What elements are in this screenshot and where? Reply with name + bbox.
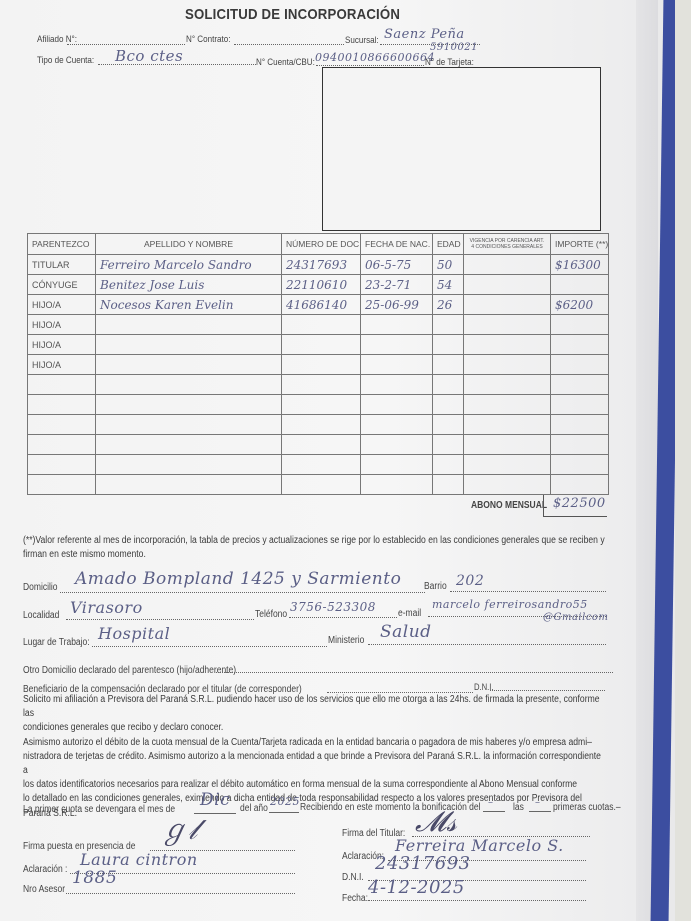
cell-importe[interactable]	[551, 475, 609, 495]
fecha-value: 4-12-2025	[368, 877, 465, 898]
contrato-label: N° Contrato:	[186, 34, 231, 45]
contrato-field[interactable]	[234, 44, 344, 45]
cell-parentezco: HIJO/A	[28, 335, 96, 355]
dni-label: D.N.I.	[342, 872, 364, 883]
cell-vigencia[interactable]	[464, 315, 551, 335]
cuota-anio-field[interactable]	[269, 812, 299, 813]
cell-nombre[interactable]	[96, 475, 282, 495]
cell-parentezco	[28, 395, 96, 415]
cell-parentezco	[28, 455, 96, 475]
cell-edad[interactable]	[433, 375, 464, 395]
cell-nac[interactable]: 23-2-71	[361, 275, 433, 295]
cell-doc[interactable]	[282, 435, 361, 455]
cell-nombre[interactable]: Nocesos Karen Evelin	[96, 295, 282, 315]
cuota-anio-value: 2025	[270, 795, 300, 808]
cell-nac[interactable]	[361, 395, 433, 415]
cell-nombre[interactable]	[96, 435, 282, 455]
cell-importe[interactable]	[551, 435, 609, 455]
cell-doc[interactable]	[282, 315, 361, 335]
telefono-value: 3756-523308	[290, 600, 376, 614]
asesor-field[interactable]	[66, 893, 295, 894]
cell-vigencia[interactable]	[464, 255, 551, 275]
col-nombre: APELLIDO Y NOMBRE	[96, 234, 282, 255]
table-row	[28, 475, 609, 495]
cell-doc[interactable]	[282, 335, 361, 355]
domicilio-label: Domicilio	[23, 582, 57, 593]
cuota-text-5: primeras cuotas.–	[553, 802, 621, 813]
cell-vigencia[interactable]	[464, 455, 551, 475]
cuenta-label: N° Cuenta/CBU:	[256, 57, 315, 68]
aclaracion-left-label: Aclaración :	[23, 864, 67, 875]
cell-parentezco	[28, 475, 96, 495]
table-row	[28, 415, 609, 435]
trabajo-value: Hospital	[98, 624, 170, 643]
ministerio-field[interactable]	[368, 644, 606, 645]
table-row	[28, 375, 609, 395]
domicilio-value: Amado Bompland 1425 y Sarmiento	[75, 569, 401, 589]
dni-value: 24317693	[375, 853, 471, 874]
fecha-label: Fecha:	[342, 893, 368, 904]
cell-doc[interactable]	[282, 415, 361, 435]
photo-box	[322, 67, 601, 231]
cell-edad[interactable]: 26	[433, 295, 464, 315]
cell-nac[interactable]	[361, 455, 433, 475]
col-edad: EDAD	[433, 234, 464, 255]
cell-parentezco	[28, 375, 96, 395]
cell-parentezco	[28, 435, 96, 455]
telefono-field[interactable]	[289, 617, 397, 618]
cell-importe[interactable]	[551, 355, 609, 375]
table-row: TITULARFerreiro Marcelo Sandro2431769306…	[28, 255, 609, 275]
cell-importe[interactable]	[551, 335, 609, 355]
cell-nombre[interactable]	[96, 455, 282, 475]
cell-edad[interactable]	[433, 435, 464, 455]
cell-doc[interactable]	[282, 355, 361, 375]
email-value: marcelo ferreirosandro55	[432, 598, 588, 611]
legal-line: los datos identificatorios necesarios pa…	[23, 778, 608, 792]
cell-vigencia[interactable]	[464, 475, 551, 495]
cell-doc[interactable]	[282, 455, 361, 475]
col-nac: FECHA DE NAC.	[361, 234, 433, 255]
sucursal-value: Saenz Peña	[384, 27, 465, 42]
cell-nombre[interactable]	[96, 375, 282, 395]
beneficiario-dni-field[interactable]	[490, 690, 605, 691]
trabajo-field[interactable]	[92, 646, 327, 647]
titular-signature: 𝓜𝓈	[415, 805, 457, 839]
background-surface	[675, 0, 691, 921]
cell-importe[interactable]: $16300	[551, 255, 609, 275]
otro-domicilio-label: Otro Domicilio declarado del parentesco …	[23, 665, 236, 676]
asesor-value: 1885	[72, 868, 117, 888]
cell-vigencia[interactable]	[464, 395, 551, 415]
witness-signature: ℊ𝓁	[160, 808, 197, 848]
cell-nombre[interactable]	[96, 355, 282, 375]
cell-edad[interactable]	[433, 475, 464, 495]
cell-edad[interactable]	[433, 335, 464, 355]
cuota-text-1: La primer cuota se devengara el mes de	[23, 804, 175, 815]
cell-parentezco: HIJO/A	[28, 355, 96, 375]
table-row: CÓNYUGEBenitez Jose Luis2211061023-2-715…	[28, 275, 609, 295]
cell-doc[interactable]	[282, 475, 361, 495]
cuenta-value: 0940010866600664	[315, 51, 435, 64]
ministerio-label: Ministerio	[328, 635, 364, 646]
otro-domicilio-field[interactable]	[216, 672, 613, 673]
cell-importe[interactable]	[551, 455, 609, 475]
cuota-mes-value: Dic	[200, 790, 230, 810]
cell-nac[interactable]: 06-5-75	[361, 255, 433, 275]
col-importe: IMPORTE (**)	[551, 234, 609, 255]
cell-edad[interactable]	[433, 355, 464, 375]
cell-doc[interactable]	[282, 375, 361, 395]
legal-line: condiciones generales que recibo y decla…	[23, 721, 608, 735]
cell-parentezco: TITULAR	[28, 255, 96, 275]
table-header-row: PARENTEZCO APELLIDO Y NOMBRE NÚMERO DE D…	[28, 234, 609, 255]
tipo-cuenta-label: Tipo de Cuenta:	[37, 55, 94, 66]
cell-nombre[interactable]	[96, 395, 282, 415]
cuota-text-2: del año	[240, 803, 268, 814]
barrio-field[interactable]	[450, 591, 606, 592]
localidad-label: Localidad	[23, 610, 59, 621]
legal-line: nistradora de terjetas de crédito. Asimi…	[23, 750, 608, 778]
bonificacion-2-value: –	[535, 797, 541, 808]
sucursal-label: Sucursal:	[345, 35, 379, 46]
cell-nac[interactable]	[361, 315, 433, 335]
col-parentezco: PARENTEZCO	[28, 234, 96, 255]
asesor-label: Nro Asesor	[23, 884, 65, 895]
form-title: SOLICITUD DE INCORPORACIÓN	[35, 6, 550, 23]
table-row: HIJO/A	[28, 355, 609, 375]
cell-nac[interactable]	[361, 375, 433, 395]
cuenta-field[interactable]	[316, 65, 424, 66]
legal-line: Solicito mi afiliación a Previsora del P…	[23, 693, 608, 721]
cell-nombre[interactable]: Ferreiro Marcelo Sandro	[96, 255, 282, 275]
cell-nac[interactable]	[361, 435, 433, 455]
cell-parentezco: HIJO/A	[28, 315, 96, 335]
table-row	[28, 395, 609, 415]
cell-nombre[interactable]	[96, 415, 282, 435]
barrio-value: 202	[456, 573, 484, 589]
cell-edad[interactable]	[433, 455, 464, 475]
cell-edad[interactable]	[433, 395, 464, 415]
cell-nac[interactable]	[361, 475, 433, 495]
table-row: HIJO/ANocesos Karen Evelin4168614025-06-…	[28, 295, 609, 315]
cell-doc[interactable]	[282, 395, 361, 415]
domicilio-field[interactable]	[60, 592, 425, 593]
legal-line: Asimismo autorizo el débito de la cuota …	[23, 736, 608, 750]
cell-nombre[interactable]: Benitez Jose Luis	[96, 275, 282, 295]
cell-nac[interactable]	[361, 335, 433, 355]
abono-label: ABONO MENSUAL	[471, 500, 547, 511]
cell-vigencia[interactable]	[464, 435, 551, 455]
cell-edad[interactable]: 50	[433, 255, 464, 275]
cuota-mes-field[interactable]	[194, 813, 236, 814]
cell-vigencia[interactable]	[464, 355, 551, 375]
barrio-label: Barrio	[424, 581, 447, 592]
cell-vigencia[interactable]	[464, 275, 551, 295]
abono-value: $22500	[553, 496, 606, 511]
cell-vigencia[interactable]	[464, 415, 551, 435]
bonificacion-1-value: –	[488, 797, 494, 808]
family-table: PARENTEZCO APELLIDO Y NOMBRE NÚMERO DE D…	[27, 233, 609, 495]
cell-doc[interactable]: 22110610	[282, 275, 361, 295]
cell-edad[interactable]	[433, 315, 464, 335]
fecha-field[interactable]	[368, 900, 586, 901]
cell-nombre[interactable]	[96, 315, 282, 335]
cell-parentezco	[28, 415, 96, 435]
afiliado-field[interactable]	[67, 44, 185, 45]
cell-nac[interactable]	[361, 415, 433, 435]
cuenta-value-extra: 5910021	[430, 42, 478, 53]
table-row: HIJO/A	[28, 315, 609, 335]
cell-parentezco: CÓNYUGE	[28, 275, 96, 295]
cell-nac[interactable]: 25-06-99	[361, 295, 433, 315]
bonificacion-1-field[interactable]	[483, 811, 505, 812]
trabajo-label: Lugar de Trabajo:	[23, 637, 90, 648]
cell-importe[interactable]	[551, 395, 609, 415]
cell-vigencia[interactable]	[464, 295, 551, 315]
localidad-value: Virasoro	[70, 598, 143, 617]
ministerio-value: Salud	[380, 622, 432, 642]
email-label: e-mail	[398, 608, 421, 619]
aclaracion-left-value: Laura cintron	[80, 850, 198, 869]
cuota-text-4: las	[513, 802, 524, 813]
cell-importe[interactable]	[551, 415, 609, 435]
tipo-cuenta-value: Bco ctes	[115, 47, 183, 65]
table-row: HIJO/A	[28, 335, 609, 355]
bonificacion-2-field[interactable]	[529, 811, 551, 812]
cell-doc[interactable]: 41686140	[282, 295, 361, 315]
cell-doc[interactable]: 24317693	[282, 255, 361, 275]
table-row	[28, 455, 609, 475]
cell-nac[interactable]	[361, 355, 433, 375]
email-value-extra: @Gmailcom	[543, 612, 608, 623]
cell-vigencia[interactable]	[464, 375, 551, 395]
cell-edad[interactable]: 54	[433, 275, 464, 295]
cell-importe[interactable]	[551, 315, 609, 335]
col-vigencia: VIGENCIA POR CARENCIA ART. 4 CONDICIONES…	[464, 234, 551, 255]
localidad-field[interactable]	[66, 619, 254, 620]
cell-edad[interactable]	[433, 415, 464, 435]
price-note: (**)Valor referente al mes de incorporac…	[23, 534, 608, 562]
cell-vigencia[interactable]	[464, 335, 551, 355]
telefono-label: Teléfono	[255, 609, 287, 620]
cell-importe[interactable]: $6200	[551, 295, 609, 315]
cell-importe[interactable]	[551, 275, 609, 295]
cell-parentezco: HIJO/A	[28, 295, 96, 315]
cell-nombre[interactable]	[96, 335, 282, 355]
col-doc: NÚMERO DE DOC.	[282, 234, 361, 255]
cell-importe[interactable]	[551, 375, 609, 395]
table-row	[28, 435, 609, 455]
